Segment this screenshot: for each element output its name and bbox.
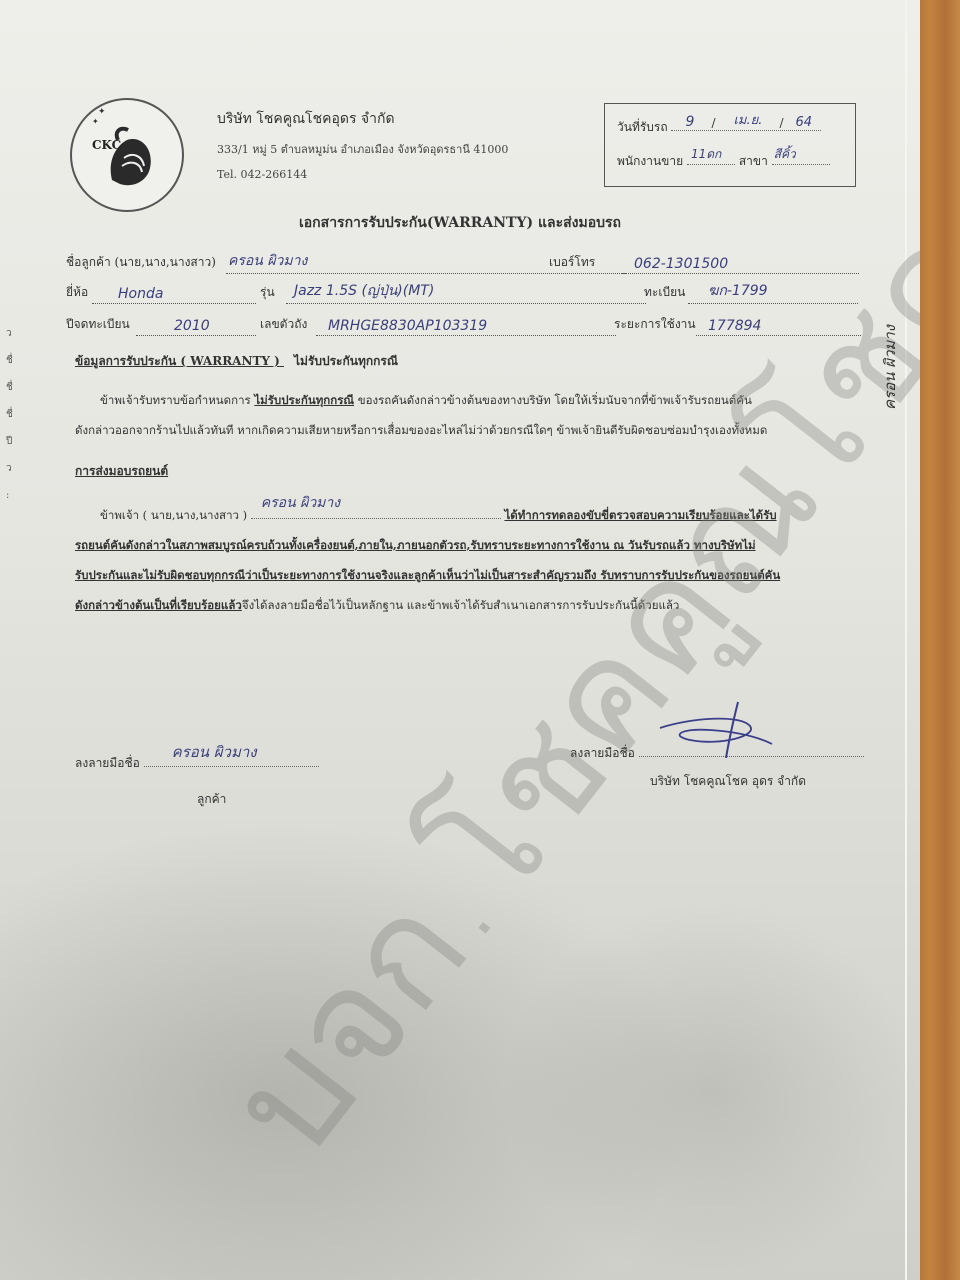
brand-label: ยี่ห้อ xyxy=(66,283,88,302)
delivery-name-field[interactable]: ครอน ผิวมาง xyxy=(251,504,501,519)
company-name: บริษัท โชคคูณโชคอุดร จำกัด xyxy=(217,108,395,130)
model-field[interactable]: Jazz 1.5S (ญ่ปุ่น)(MT) xyxy=(294,280,434,302)
branch-field[interactable]: สีคิ้ว xyxy=(772,164,830,165)
salesperson-label: พนักงานขาย xyxy=(617,154,683,168)
customer-caption: ลูกค้า xyxy=(197,790,226,809)
customer-signature-label: ลงลายมือชื่อ xyxy=(75,756,140,770)
salesperson-row: พนักงานขาย 11ดก สาขา สีคิ้ว xyxy=(617,152,830,171)
margin-fragment: ว xyxy=(6,455,18,482)
company-phone: Tel. 042-266144 xyxy=(217,168,307,181)
side-handwritten-note: ครอน ผิวมาง xyxy=(878,325,902,410)
delivery-name-value: ครอน ผิวมาง xyxy=(261,488,340,518)
salesperson-field[interactable]: 11ดก xyxy=(687,164,735,165)
model-label: รุ่น xyxy=(260,283,275,302)
warranty-note: ไม่รับประกันทุกกรณี xyxy=(294,352,398,371)
document-title: เอกสารการรับประกัน(WARRANTY) และส่งมอบรถ xyxy=(0,212,920,234)
chassis-label: เลขตัวถัง xyxy=(260,315,307,334)
brand-field[interactable]: Honda xyxy=(118,286,163,302)
customer-row: ชื่อลูกค้า (นาย,นาง,นางสาว) ครอน ผิวมาง … xyxy=(66,252,861,274)
customer-label: ชื่อลูกค้า (นาย,นาง,นางสาว) xyxy=(66,253,216,272)
plate-label: ทะเบียน xyxy=(644,283,685,302)
plate-field[interactable]: ฆก-1799 xyxy=(708,280,768,302)
receipt-year: 64 xyxy=(795,115,812,130)
margin-fragment: ชื่ xyxy=(6,347,18,374)
margin-fragment: ชื่ xyxy=(6,374,18,401)
horse-emblem-icon: ✦ ✦ xyxy=(72,100,182,210)
mileage-label: ระยะการใช้งาน xyxy=(614,315,696,334)
customer-signature-field[interactable]: ครอน ผิวมาง xyxy=(144,752,319,767)
no-warranty-emphasis: ไม่รับประกันทุกกรณี xyxy=(254,393,354,407)
margin-fragment: ปี xyxy=(6,428,18,455)
svg-text:✦: ✦ xyxy=(92,117,99,126)
receipt-month: เม.ย. xyxy=(733,109,762,130)
chassis-field[interactable]: MRHGE8830AP103319 xyxy=(328,318,487,334)
warranty-document: ว ชื่ ชื่ ชื่ ปี ว : ✦ ✦ CKC บริษัท โชคค… xyxy=(0,0,920,1280)
salesperson-value: 11ดก xyxy=(691,145,721,164)
photo-shadow xyxy=(500,900,920,1280)
delivery-line4-underlined: ดังกล่าวข้างต้นเป็นที่เรียบร้อยแล้ว xyxy=(75,598,242,612)
customer-name-field[interactable]: ครอน ผิวมาง xyxy=(228,250,307,272)
reg-year-label: ปีจดทะเบียน xyxy=(66,315,130,334)
underlying-page-fragments: ว ชื่ ชื่ ชื่ ปี ว : xyxy=(6,320,18,509)
company-signature-label: ลงลายมือชื่อ xyxy=(570,746,635,760)
margin-fragment: : xyxy=(6,482,18,509)
branch-label: สาขา xyxy=(739,154,768,168)
company-signature-scribble-icon xyxy=(650,700,780,760)
receipt-info-box: วันที่รับรถ 9 / เม.ย. / 64 พนักงานขาย 11… xyxy=(604,103,856,187)
company-caption: บริษัท โชคคูณโชค อุดร จำกัด xyxy=(650,772,806,791)
delivery-prefix: ข้าพเจ้า ( นาย,นาง,นางสาว ) xyxy=(100,508,247,522)
company-address: 333/1 หมู่ 5 ตำบลหมูม่น อำเภอเมือง จังหว… xyxy=(217,140,508,158)
receipt-day: 9 xyxy=(685,114,694,130)
logo-text: CKC xyxy=(92,138,121,152)
receipt-date-label: วันที่รับรถ xyxy=(617,120,668,134)
warranty-heading: ข้อมูลการรับประกัน ( WARRANTY ) ไม่รับปร… xyxy=(75,352,398,371)
company-logo: ✦ ✦ CKC xyxy=(70,98,184,212)
receipt-date-row: วันที่รับรถ 9 / เม.ย. / 64 xyxy=(617,118,821,137)
warranty-heading-text: ข้อมูลการรับประกัน ( WARRANTY ) xyxy=(75,354,280,368)
customer-signature: ครอน ผิวมาง xyxy=(172,740,257,764)
margin-fragment: ว xyxy=(6,320,18,347)
branch-value: สีคิ้ว xyxy=(774,145,796,164)
warranty-para-prefix: ข้าพเจ้ารับทราบข้อกำหนดการ xyxy=(100,393,251,407)
phone-label: เบอร์โทร xyxy=(549,253,595,272)
margin-fragment: ชื่ xyxy=(6,401,18,428)
reg-year-field[interactable]: 2010 xyxy=(174,318,210,334)
vehicle-row: ยี่ห้อ Honda รุ่น Jazz 1.5S (ญ่ปุ่น)(MT)… xyxy=(66,282,861,304)
customer-signature-block: ลงลายมือชื่อ ครอน ผิวมาง xyxy=(75,752,319,773)
receipt-date-field[interactable]: 9 / เม.ย. / 64 xyxy=(671,130,821,131)
delivery-heading: การส่งมอบรถยนต์ xyxy=(75,462,168,481)
svg-text:✦: ✦ xyxy=(98,107,106,117)
phone-field[interactable]: 062-1301500 xyxy=(634,256,728,272)
